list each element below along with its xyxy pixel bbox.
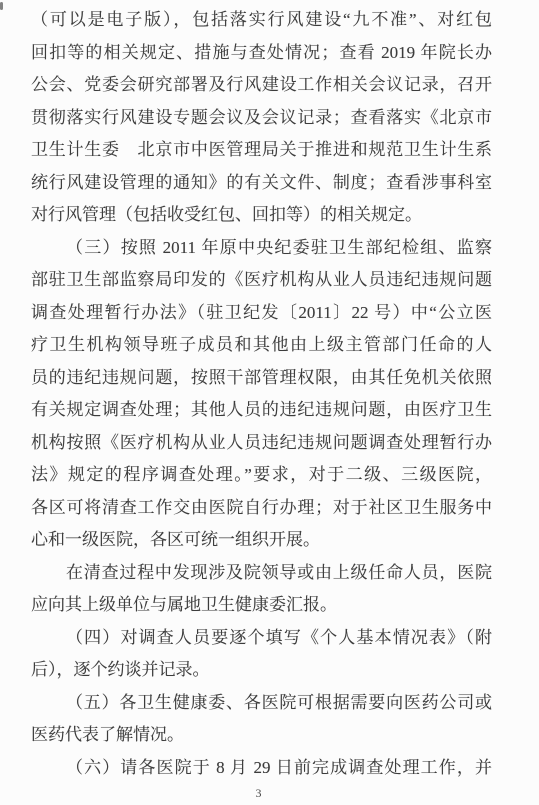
- text-line: （四）对调查人员要逐个填写《个人基本情况表》（附: [31, 622, 492, 655]
- text-line: 回扣等的相关规定、措施与查处情况；查看 2019 年院长办: [31, 37, 492, 70]
- text-line: （可以是电子版），包括落实行风建设“九不准”、对红包: [31, 4, 492, 37]
- text-line: 疗卫生机构领导班子成员和其他由上级主管部门任命的人: [31, 329, 492, 362]
- text-line: 卫生计生委 北京市中医管理局关于推进和规范卫生计生系: [31, 134, 492, 167]
- text-line: 统行风建设管理的通知》的有关文件、制度；查看涉事科室: [31, 167, 492, 200]
- scan-artifact-speck: [0, 2, 3, 10]
- text-line: （三）按照 2011 年原中央纪委驻卫生部纪检组、监察: [31, 232, 492, 265]
- text-line: 员的违纪违规问题，按照干部管理权限，由其任免机关依照: [31, 362, 492, 395]
- text-line: 对行风管理（包括收受红包、回扣等）的相关规定。: [31, 199, 492, 232]
- text-line: 有关规定调查处理；其他人员的违纪违规问题，由医疗卫生: [31, 394, 492, 427]
- text-line: 调查处理暂行办法》（驻卫纪发〔2011〕22 号）中“公立医: [31, 297, 492, 330]
- page-number: 3: [0, 786, 517, 800]
- text-line: 部驻卫生部监察局印发的《医疗机构从业人员违纪违规问题: [31, 264, 492, 297]
- text-line: 机构按照《医疗机构从业人员违纪违规问题调查处理暂行办: [31, 427, 492, 460]
- document-body: （可以是电子版），包括落实行风建设“九不准”、对红包 回扣等的相关规定、措施与查…: [31, 4, 492, 784]
- text-line: 医药代表了解情况。: [31, 719, 492, 752]
- text-line: （五）各卫生健康委、各医院可根据需要向医药公司或: [31, 687, 492, 720]
- text-line: 各区可将清查工作交由医院自行办理；对于社区卫生服务中: [31, 492, 492, 525]
- text-line: 应向其上级单位与属地卫生健康委汇报。: [31, 589, 492, 622]
- text-line: 心和一级医院，各区可统一组织开展。: [31, 524, 492, 557]
- text-line: （六）请各医院于 8 月 29 日前完成调查处理工作，并: [31, 752, 492, 785]
- text-line: 法》规定的程序调查处理。”要求，对于二级、三级医院，: [31, 459, 492, 492]
- text-line: 后），逐个约谈并记录。: [31, 654, 492, 687]
- text-line: 贯彻落实行风建设专题会议及会议记录；查看落实《北京市: [31, 102, 492, 135]
- text-line: 公会、党委会研究部署及行风建设工作相关会议记录，召开: [31, 69, 492, 102]
- document-page: （可以是电子版），包括落实行风建设“九不准”、对红包 回扣等的相关规定、措施与查…: [0, 0, 539, 805]
- text-line: 在清查过程中发现涉及院领导或由上级任命人员，医院: [31, 557, 492, 590]
